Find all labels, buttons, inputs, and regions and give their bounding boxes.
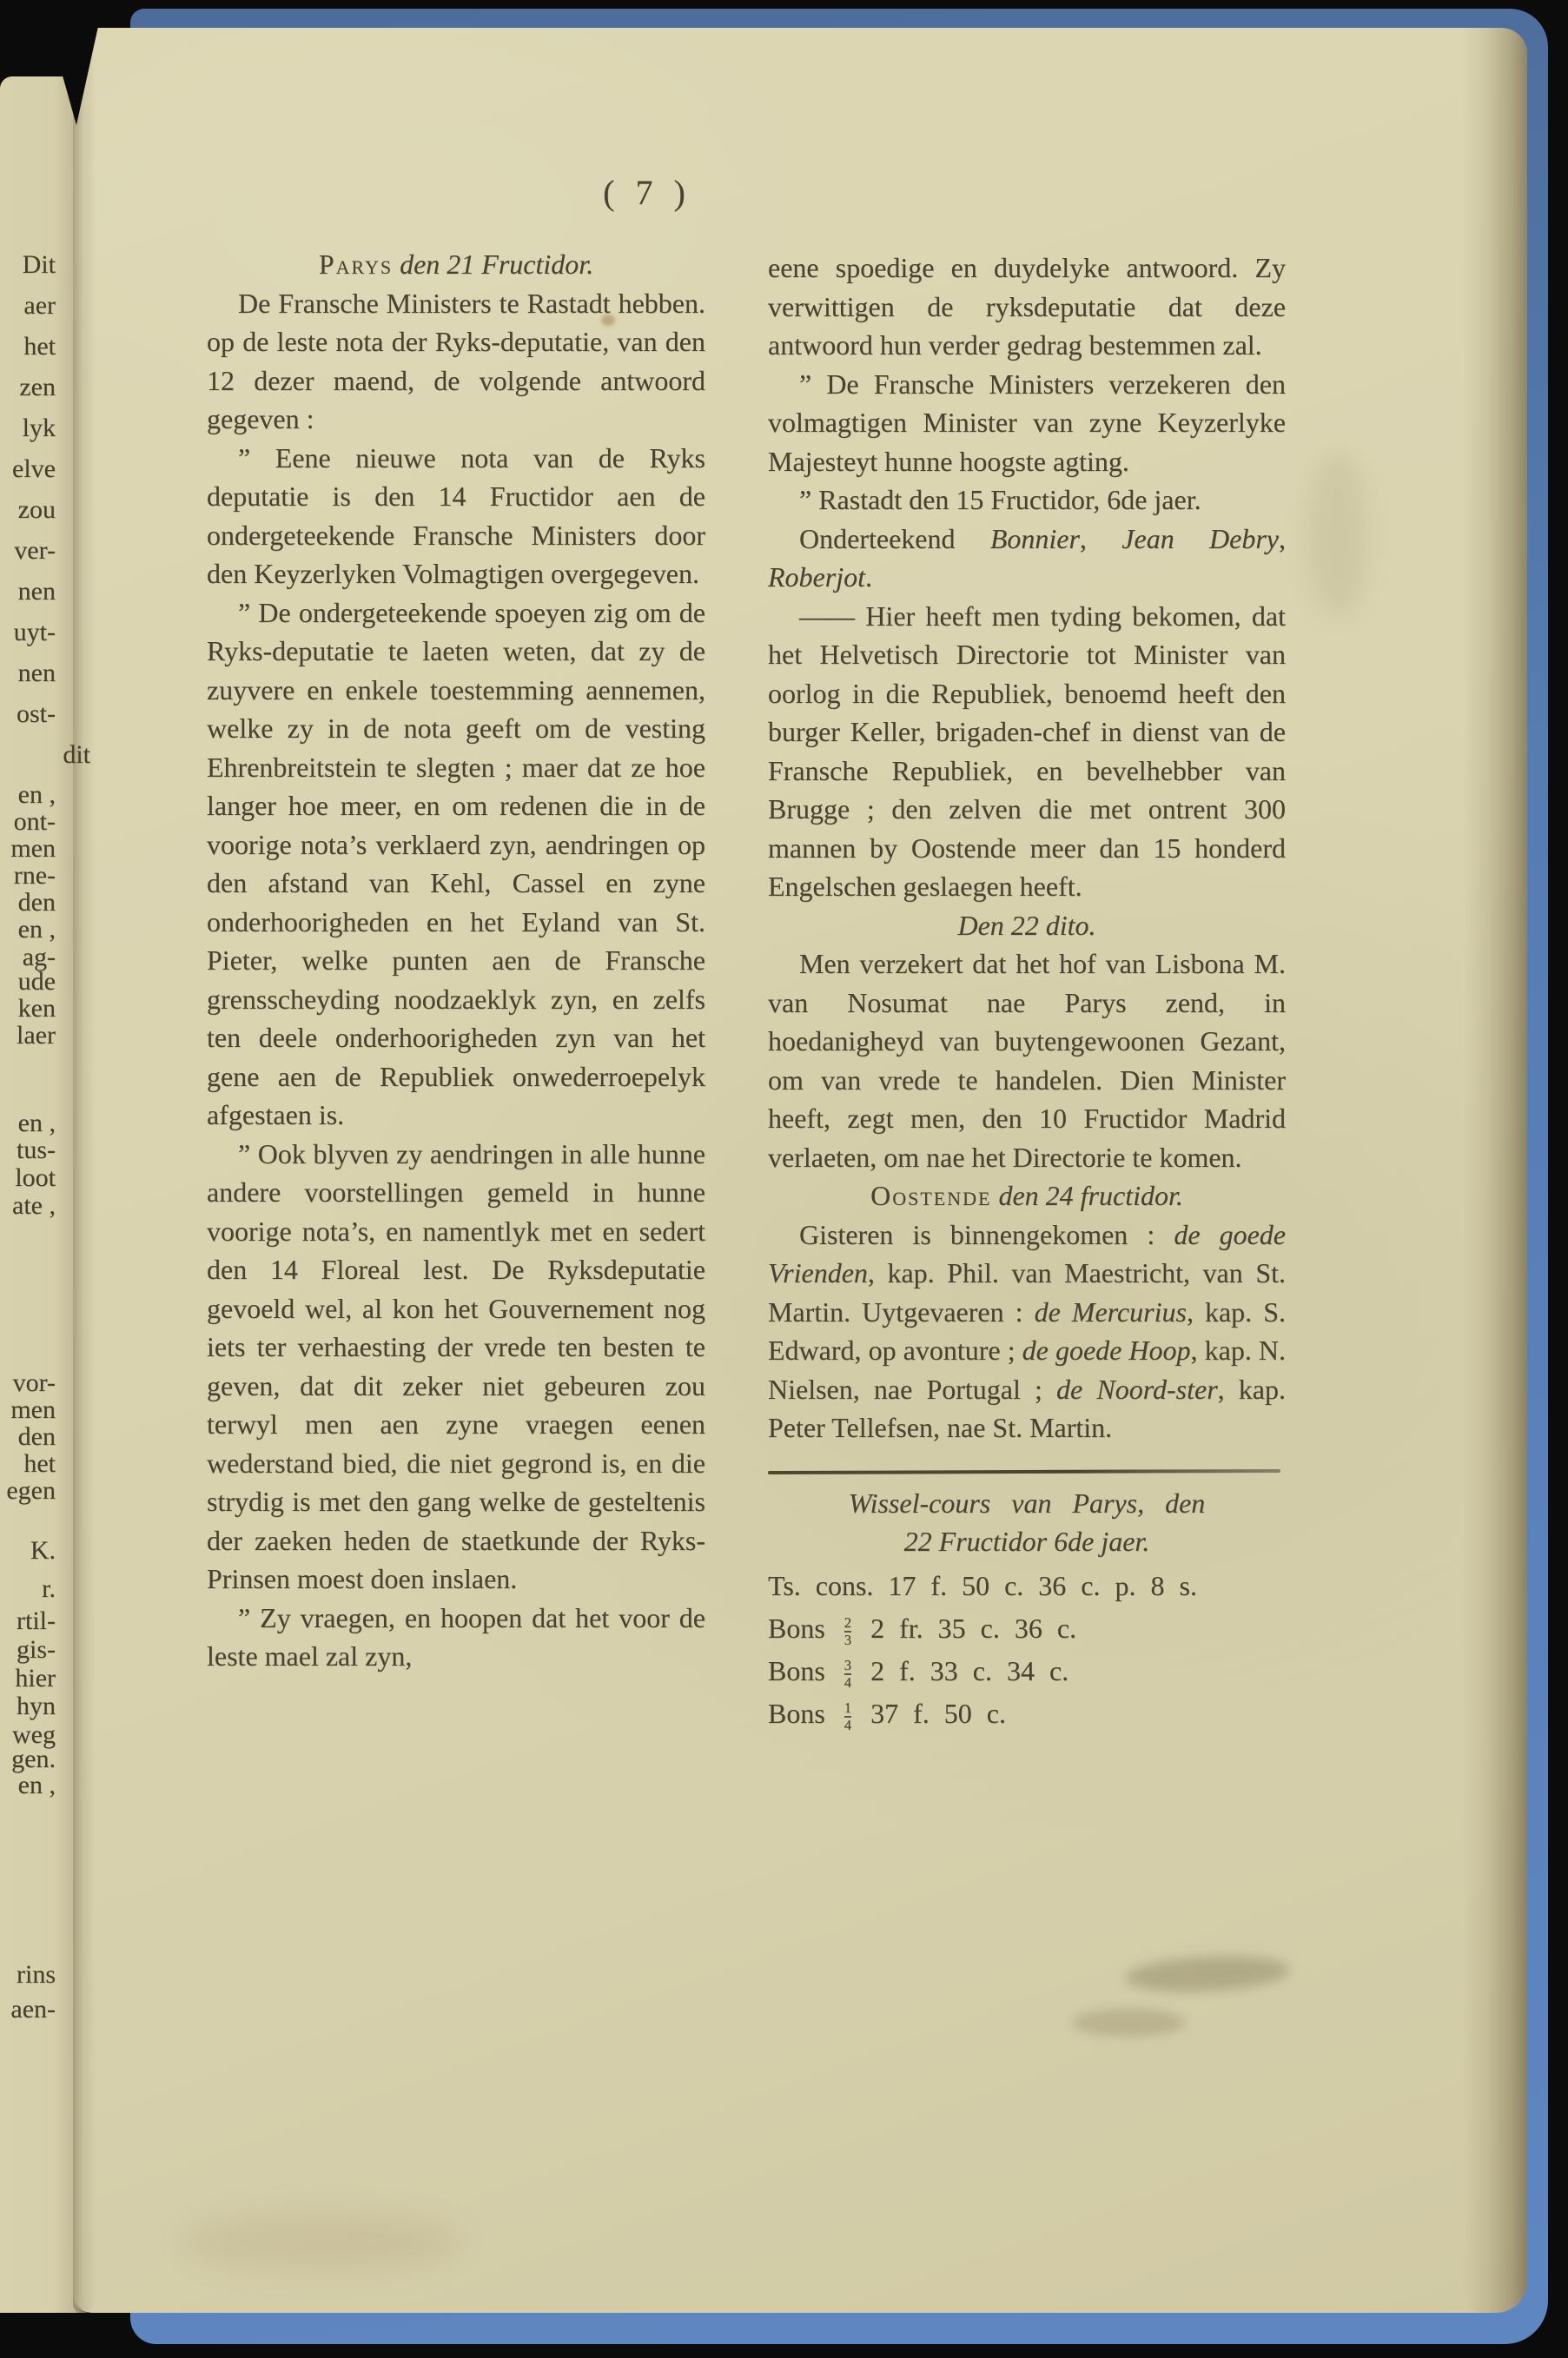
margin-fragment: het — [23, 1449, 56, 1479]
paragraph: ” De ondergeteekende spoeyen zig om de R… — [207, 593, 705, 1135]
margin-fragment: tus- — [17, 1136, 56, 1165]
paragraph: De Fransche Ministers te Rastadt hebben.… — [207, 284, 705, 439]
rate-line: Bons 14 37 f. 50 c. — [768, 1692, 1286, 1735]
left-text-column: Parys den 21 Fructidor.De Fransche Minis… — [207, 245, 705, 1676]
exchange-heading-line: 22 Fructidor 6de jaer. — [768, 1522, 1286, 1561]
exchange-rates: Ts. cons. 17 f. 50 c. 36 c. p. 8 s.Bons … — [768, 1565, 1286, 1735]
margin-fragment: K. — [30, 1536, 56, 1566]
paragraph: Men verzekert dat het hof van Lisbona M.… — [768, 944, 1286, 1176]
exchange-heading: Wissel-cours van Parys, den22 Fructidor … — [768, 1484, 1286, 1561]
margin-fragment: gen. — [11, 1745, 56, 1774]
margin-fragment: ken — [18, 994, 56, 1023]
margin-fragment: ont- — [14, 807, 56, 837]
margin-fragment: ude — [18, 967, 56, 997]
margin-fragment: zen — [19, 373, 56, 402]
margin-fragment: lyk — [23, 414, 56, 443]
dateline-heading: Parys den 21 Fructidor. — [207, 245, 705, 284]
margin-fragment: hyn — [17, 1692, 56, 1721]
paragraph: ” Zy vraegen, en hoopen dat het voor de … — [207, 1599, 705, 1676]
margin-fragment: laer — [17, 1021, 56, 1050]
paragraph: Gisteren is binnengekomen : de goede Vri… — [768, 1215, 1286, 1447]
margin-fragment: vor- — [13, 1368, 56, 1398]
margin-fragment: en , — [18, 780, 56, 810]
newspaper-page-scan: Ditaerhetzenlykelvezouver-nenuyt-nenost-… — [0, 0, 1568, 2358]
margin-fragment: loot — [15, 1163, 56, 1193]
stacked-fraction: 14 — [844, 1701, 851, 1733]
margin-fragment: aer — [23, 291, 56, 321]
rate-line: Ts. cons. 17 f. 50 c. 36 c. p. 8 s. — [768, 1565, 1286, 1607]
margin-fragment: en , — [18, 1109, 56, 1138]
margin-fragment: rne- — [14, 861, 56, 891]
margin-fragment: aen- — [10, 1995, 56, 2024]
rate-line: Bons 23 2 fr. 35 c. 36 c. — [768, 1607, 1286, 1650]
margin-fragment: gis- — [17, 1635, 56, 1665]
margin-fragment: ost- — [17, 699, 56, 729]
paragraph: Onderteekend Bonnier, Jean Debry, Roberj… — [768, 520, 1286, 597]
page-number: ( 7 ) — [573, 172, 721, 213]
dateline-heading: Oostende den 24 fructidor. — [768, 1176, 1286, 1215]
margin-fragments: Ditaerhetzenlykelvezouver-nenuyt-nenost-… — [0, 0, 57, 2358]
rate-line: Bons 34 2 f. 33 c. 34 c. — [768, 1650, 1286, 1692]
margin-fragment: elve — [12, 454, 56, 484]
paragraph: ” Eene nieuwe nota van de Ryks deputatie… — [207, 439, 705, 593]
margin-fragment: nen — [18, 659, 56, 688]
margin-fragment: nen — [18, 577, 56, 606]
margin-fragment: en , — [18, 1771, 56, 1800]
margin-fragment: ver- — [14, 536, 56, 566]
paragraph: ” De Fransche Ministers verzekeren den v… — [768, 365, 1286, 481]
margin-fragment: zou — [18, 495, 56, 525]
margin-fragment: uyt- — [14, 618, 56, 647]
exchange-heading-line: Wissel-cours van Parys, den — [768, 1484, 1286, 1523]
margin-fragment: ate , — [12, 1191, 56, 1221]
margin-fragment: r. — [42, 1574, 56, 1604]
margin-fragment: dit — [63, 740, 90, 770]
horizontal-rule — [768, 1468, 1280, 1474]
margin-fragment: rins — [17, 1960, 56, 1990]
stacked-fraction: 23 — [844, 1616, 851, 1648]
margin-fragment: men — [10, 1395, 56, 1425]
paragraph: —— Hier heeft men tyding bekomen, dat he… — [768, 597, 1286, 906]
margin-fragment: den — [18, 1422, 56, 1452]
margin-fragment: den — [18, 888, 56, 917]
margin-fragment: het — [23, 332, 56, 361]
margin-fragment: men — [10, 834, 56, 864]
stacked-fraction: 34 — [844, 1659, 851, 1691]
margin-fragment: hier — [15, 1664, 56, 1693]
margin-fragment: egen — [6, 1476, 56, 1506]
margin-fragment: rtil- — [17, 1606, 56, 1636]
margin-fragment: en , — [18, 915, 56, 944]
section-heading: Den 22 dito. — [768, 906, 1286, 945]
paragraph: ” Rastadt den 15 Fructidor, 6de jaer. — [768, 480, 1286, 520]
paragraph: ” Ook blyven zy aendringen in alle hunne… — [207, 1135, 705, 1599]
margin-fragment: Dit — [23, 250, 56, 280]
paragraph: eene spoedige en duydelyke antwoord. Zy … — [768, 248, 1286, 365]
right-text-column: eene spoedige en duydelyke antwoord. Zy … — [768, 248, 1286, 1735]
